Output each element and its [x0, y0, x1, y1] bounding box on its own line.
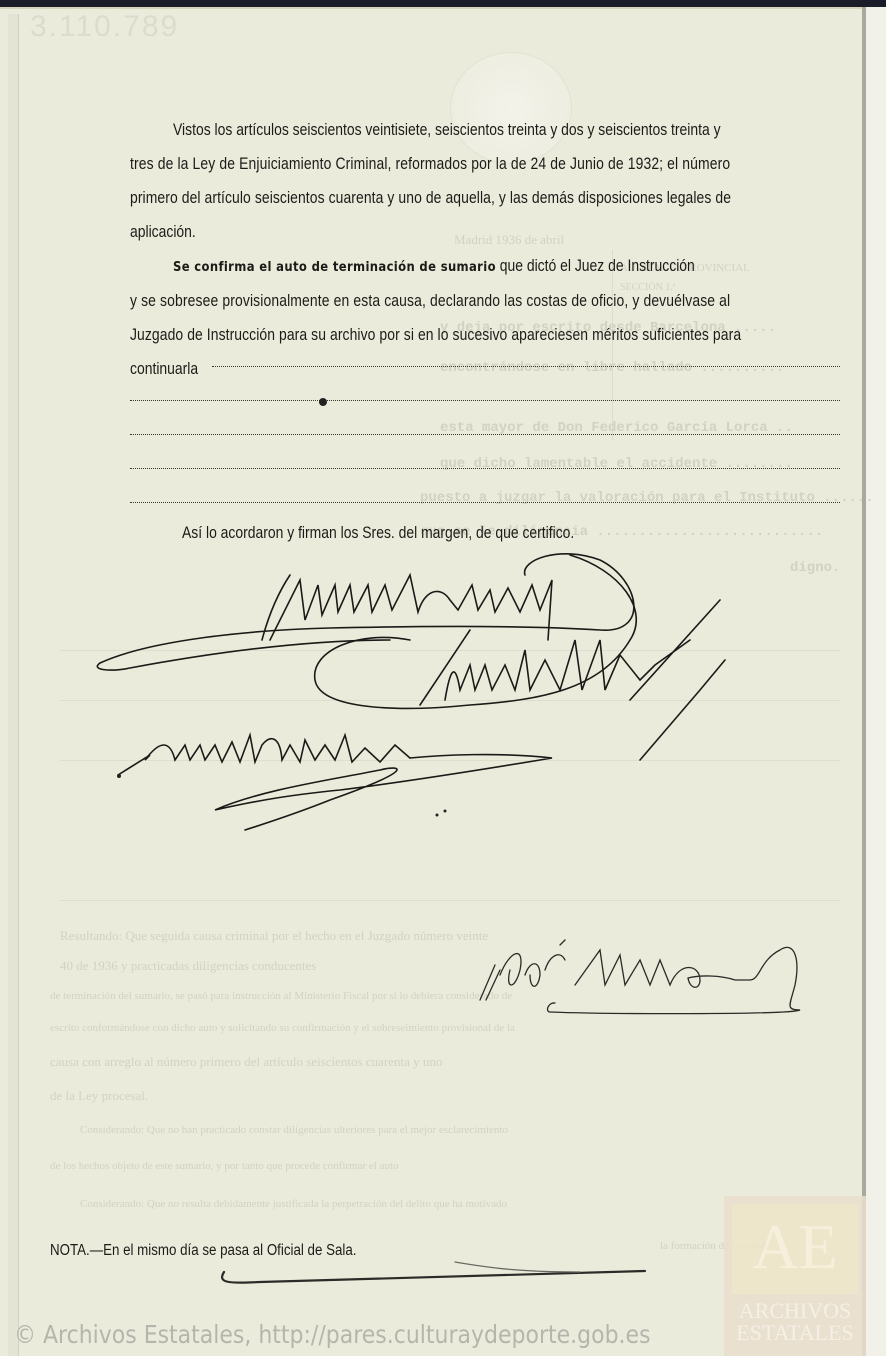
- logo-name-line-2: ESTATALES: [724, 1322, 866, 1344]
- logo-letters: AE: [732, 1210, 858, 1284]
- archivos-estatales-logo: AE ARCHIVOS ESTATALES: [724, 1196, 866, 1356]
- logo-box: AE: [732, 1204, 858, 1294]
- copyright-watermark: © Archivos Estatales, http://pares.cultu…: [14, 1320, 651, 1349]
- signature-scribbles: [0, 0, 886, 1356]
- nota-statement: NOTA.—En el mismo día se pasa al Oficial…: [50, 1234, 356, 1268]
- logo-name-line-1: ARCHIVOS: [724, 1300, 866, 1322]
